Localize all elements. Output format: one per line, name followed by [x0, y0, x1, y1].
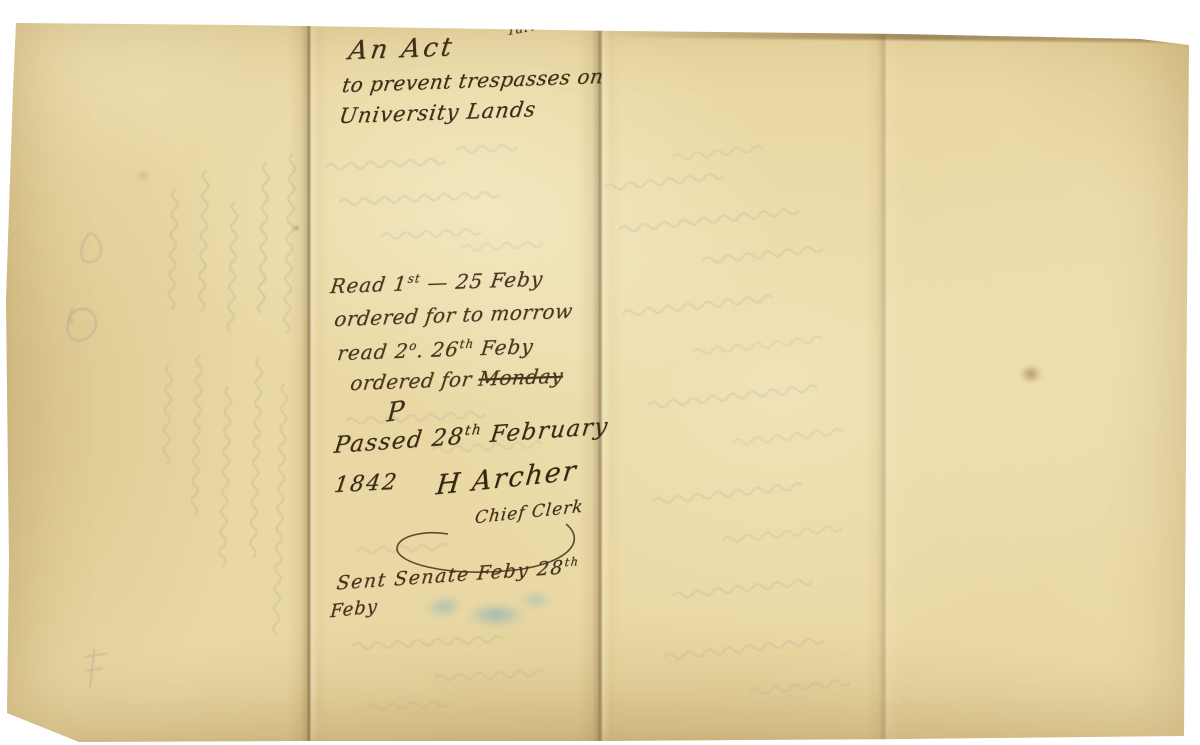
ordered-tomorrow-line: ordered for to morrow	[333, 299, 574, 331]
ghost-writing-right	[602, 140, 868, 705]
reading-first-text: Read 1	[329, 271, 409, 298]
sent-senate-line2: Feby	[330, 596, 379, 622]
ordered-monday-pre: ordered for	[349, 367, 480, 396]
fold-crease-1	[288, 0, 330, 745]
act-title-line3: University Lands	[338, 97, 538, 128]
signature-name: H Archer	[435, 455, 579, 501]
ordered-monday-line: ordered for Monday	[349, 364, 564, 396]
fold-crease-2	[578, 0, 622, 745]
reading-second-day: . 26	[415, 337, 460, 363]
document-photo: Talve. An Act to prevent trespasses on U…	[0, 0, 1200, 745]
ink-stain	[1016, 362, 1046, 386]
reading-second-text: read 2	[336, 339, 410, 366]
faint-stain	[136, 170, 150, 181]
passed-flourish-mark: P	[386, 396, 405, 429]
blue-pencil-smudge	[416, 589, 472, 626]
reading-second-month: Feby	[472, 334, 535, 360]
sent-senate-line: Sent Senate Feby 28th	[336, 554, 581, 594]
act-title-line1: An Act	[347, 32, 457, 66]
passed-year: 1842	[332, 470, 399, 499]
passed-text: Passed 28	[333, 424, 466, 459]
reading-first-line: Read 1st — 25 Feby	[329, 267, 545, 299]
sent-senate-text: Sent Senate Feby 28	[336, 556, 566, 594]
blue-pencil-smudge	[515, 588, 557, 612]
corner-note: Talve.	[507, 16, 551, 39]
reading-first-date: — 25 Feby	[419, 267, 545, 295]
signature-title: Chief Clerk	[474, 497, 585, 529]
passed-line: Passed 28th February	[333, 413, 611, 459]
ghost-writing-left	[55, 146, 296, 695]
ordered-monday-struck: Monday	[477, 364, 564, 391]
paper-sheet: Talve. An Act to prevent trespasses on U…	[0, 0, 1200, 745]
act-title-line2: to prevent trespasses on	[341, 64, 606, 97]
fold-crease-3	[866, 0, 902, 745]
sent-senate-ordinal: th	[564, 554, 580, 569]
blue-pencil-smudge	[455, 598, 537, 632]
reading-second-line: read 2o. 26th Feby	[336, 334, 535, 365]
